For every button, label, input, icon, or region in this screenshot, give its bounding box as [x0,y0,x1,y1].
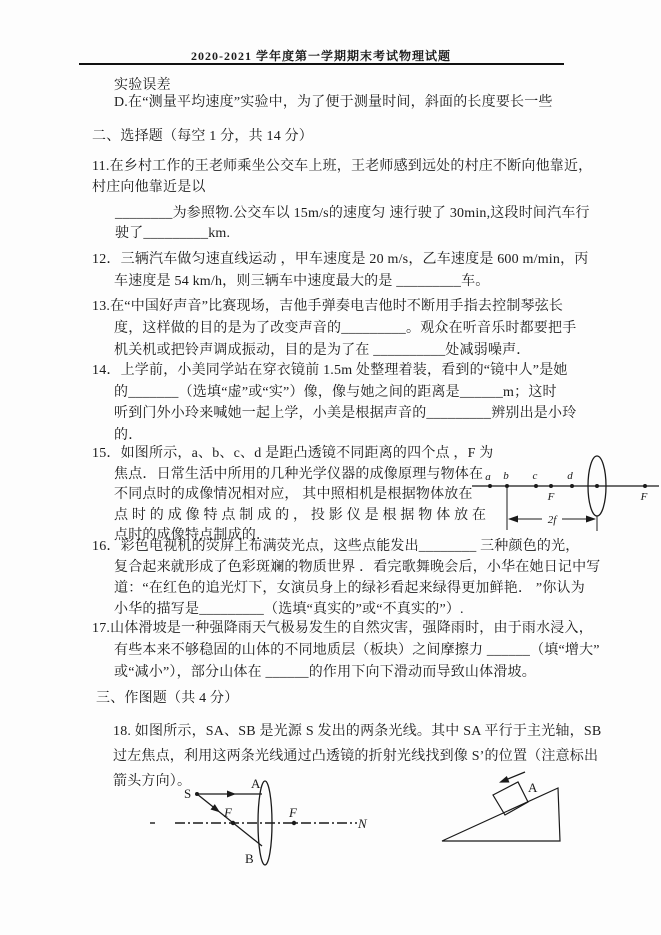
option-d-text: 实验误差 D.在“测量平均速度”实验中，为了便于测量时间，斜面的长度要长一些 [114,77,654,111]
point-c-label: c [533,470,538,482]
point-d-label: d [567,470,573,482]
point-b-label: b [503,470,509,482]
force-arrowhead-icon [499,776,510,783]
point-a-dot [488,484,492,488]
arrowhead-left-icon [508,516,518,523]
question-16-text: 16．彩色电视机的荧屏上布满荧光点，这些点能发出________ 三种颜色的光，… [92,536,661,620]
inclined-plane [442,788,560,841]
ray-sa-arrowhead-icon [227,791,236,798]
focus-right-dot [643,484,647,488]
section-3-heading: 三、作图题（共 4 分） [96,688,396,709]
q18-incline-figure: A [432,763,661,848]
focus-right-dot [292,821,296,825]
point-c-dot [534,484,538,488]
source-s-label: S [184,786,191,801]
question-14-text: 14．上学前，小美同学站在穿衣镜前 1.5m 处整理着装，看到的“镜中人”是她 … [92,360,661,446]
point-b-dot [505,484,509,488]
focus-left-dot [549,484,553,488]
axis-n-label: N [357,816,368,831]
point-a-label: a [485,471,491,483]
q15-lens-points-figure: a b c d F F 2f [470,442,661,537]
block-a-label: A [528,780,538,795]
q18-lens-ray-figure: S A B N F F [148,776,373,881]
question-15-text: 15．如图所示，a、b、c、d 是距凸透镜不同距离的四个点 ，F 为 焦点．日常… [92,444,514,547]
lens-center-dot [595,484,599,488]
exam-paper-page: 2020-2021 学年度第一学期期末考试物理试题 实验误差 D.在“测量平均速… [0,0,661,935]
question-13-text: 13.在“中国好声音”比赛现场，吉他手弹奏电吉他时不断用手指去控制琴弦长 度，这… [92,296,661,362]
question-17-text: 17.山体滑坡是一种强降雨天气极易发生的自然灾害，强降雨时，由于雨水浸入， 有些… [92,618,661,684]
ray-sb [197,794,262,846]
arrowhead-right-icon [586,516,596,523]
header-divider [79,63,564,65]
focus-right-label: F [640,491,648,503]
question-12-text: 12．三辆汽车做匀速直线运动 ，甲车速度是 20 m/s，乙车速度是 600 m… [92,249,661,293]
point-a-label: A [251,776,261,791]
span-2f-label: 2f [548,514,559,526]
focus-left-label: F [547,491,555,503]
section-2-heading: 二、选择题（每空 1 分，共 14 分） [92,126,492,147]
page-title: 2020-2021 学年度第一学期期末考试物理试题 [79,47,563,64]
point-d-dot [570,484,574,488]
point-b-label: B [245,851,254,866]
question-11-text: 11.在乡村工作的王老师乘坐公交车上班，王老师感到远处的村庄不断向他靠近， 村庄… [92,156,642,198]
question-11-blanks: ________为参照物.公交车以 15m/s的速度匀 速行驶了 30min,这… [115,204,645,244]
focus-right-label: F [288,805,298,820]
focus-left-label: F [223,805,233,820]
